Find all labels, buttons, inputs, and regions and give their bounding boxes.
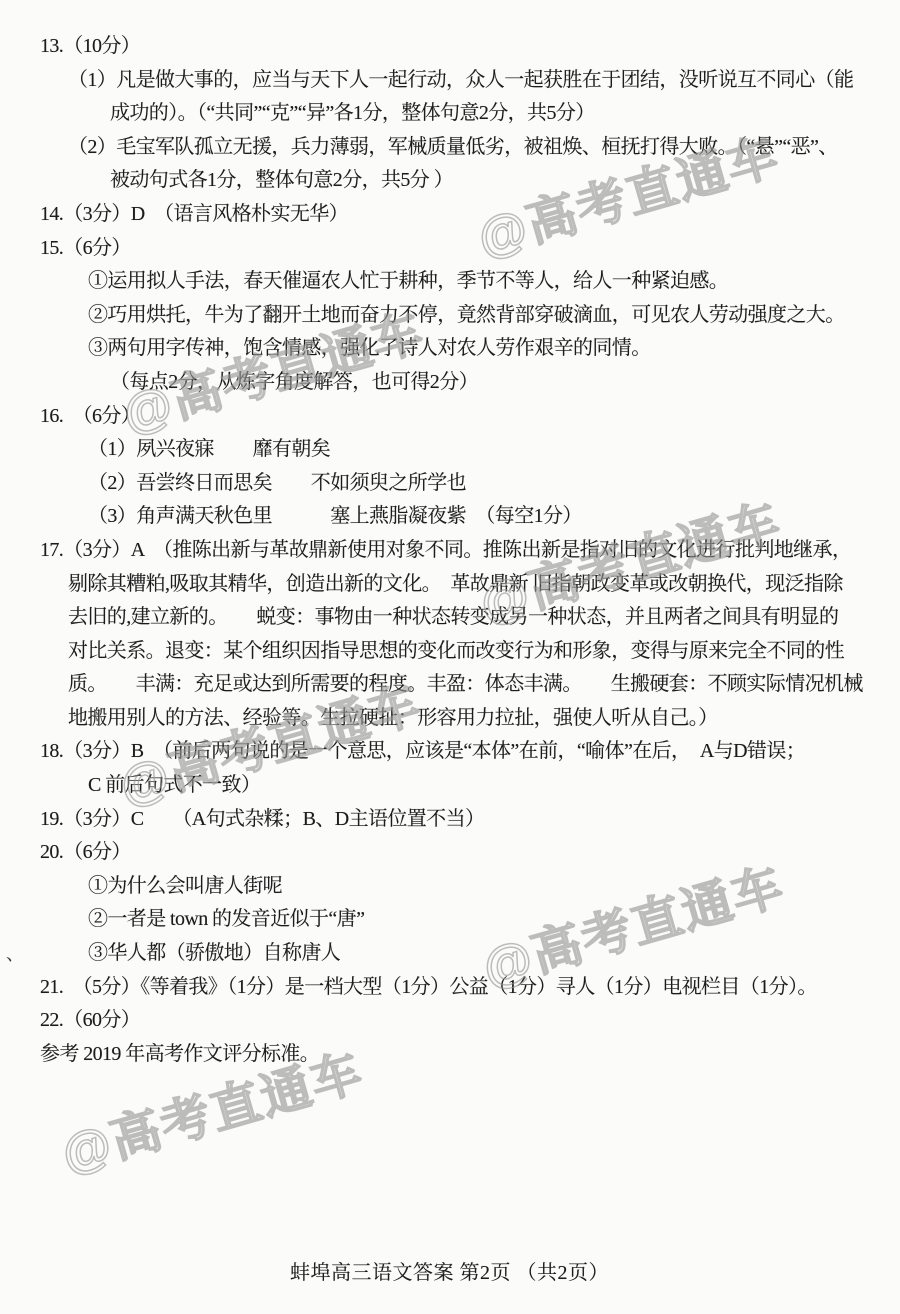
- answer-line: 质。 丰满：充足或达到所需要的程度。丰盈：体态丰满。 生搬硬套：不顾实际情况机械: [68, 668, 900, 702]
- answer-line: 15.（6分）: [40, 232, 900, 266]
- answer-line: 19.（3分）C （A句式杂糅；B、D主语位置不当）: [40, 803, 900, 837]
- answer-line: ③两句用字传神，饱含情感，强化了诗人对农人劳作艰辛的同情。: [88, 332, 900, 366]
- answer-line: 剔除其糟粕,吸取其精华，创造出新的文化。 革故鼎新 旧指朝政变革或改朝换代，现泛…: [68, 568, 900, 602]
- answer-lines: 13.（10分）（1）凡是做大事的，应当与天下人一起行动，众人一起获胜在于团结，…: [0, 0, 900, 1071]
- document-page: 13.（10分）（1）凡是做大事的，应当与天下人一起行动，众人一起获胜在于团结，…: [0, 0, 900, 1314]
- answer-line: （每点2分，从炼字角度解答，也可得2分）: [110, 366, 900, 400]
- answer-line: 22.（60分）: [40, 1004, 900, 1038]
- answer-line: 18.（3分）B （前后两句说的是一个意思，应该是“本体”在前，“喻体”在后， …: [40, 735, 900, 769]
- answer-line: 17.（3分）A （推陈出新与革故鼎新使用对象不同。推陈出新是指对旧的文化进行批…: [40, 534, 900, 568]
- answer-line: ③华人都（骄傲地）自称唐人: [88, 937, 900, 971]
- answer-line: 16. （6分）: [40, 400, 900, 434]
- answer-line: （2）吾尝终日而思矣 不如须臾之所学也: [88, 467, 900, 501]
- answer-line: （1）夙兴夜寐 靡有朝矣: [88, 433, 900, 467]
- answer-line: 参考 2019 年高考作文评分标准。: [40, 1038, 900, 1072]
- answer-line: 对比关系。退变：某个组织因指导思想的变化而改变行为和形象，变得与原来完全不同的性: [68, 635, 900, 669]
- answer-line: 20.（6分）: [40, 836, 900, 870]
- answer-line: 地搬用别人的方法、经验等。生拉硬扯：形容用力拉扯，强使人听从自己。）: [68, 702, 900, 736]
- answer-line: ①运用拟人手法，春天催逼农人忙于耕种，季节不等人，给人一种紧迫感。: [88, 265, 900, 299]
- answer-line: （1）凡是做大事的，应当与天下人一起行动，众人一起获胜在于团结，没听说互不同心（…: [68, 64, 900, 98]
- answer-line: 13.（10分）: [40, 30, 900, 64]
- answer-line: 成功的）。（“共同”“克”“异”各1分，整体句意2分，共5分）: [110, 97, 900, 131]
- answer-line: （2）毛宝军队孤立无援，兵力薄弱，军械质量低劣，被祖焕、桓抚打得大败。（“悬”“…: [68, 131, 900, 165]
- page-footer: 蚌埠高三语文答案 第2页 （共2页）: [290, 1256, 609, 1285]
- answer-line: 被动句式各1分，整体句意2分，共5分 ）: [110, 164, 900, 198]
- answer-line: 21. （5分）《等着我》（1分）是一档大型（1分）公益（1分）寻人（1分）电视…: [40, 971, 900, 1005]
- stray-mark: 、: [6, 940, 24, 966]
- answer-line: 去旧的,建立新的。 蜕变：事物由一种状态转变成另一种状态，并且两者之间具有明显的: [68, 601, 900, 635]
- answer-line: （3）角声满天秋色里 塞上燕脂凝夜紫 （每空1分）: [88, 500, 900, 534]
- answer-line: ①为什么会叫唐人街呢: [88, 870, 900, 904]
- answer-line: ②巧用烘托，牛为了翻开土地而奋力不停，竟然背部穿破滴血，可见农人劳动强度之大。: [88, 299, 900, 333]
- answer-line: 14.（3分）D （语言风格朴实无华）: [40, 198, 900, 232]
- answer-line: ②一者是 town 的发音近似于“唐”: [88, 903, 900, 937]
- answer-line: C 前后句式不一致）: [88, 769, 900, 803]
